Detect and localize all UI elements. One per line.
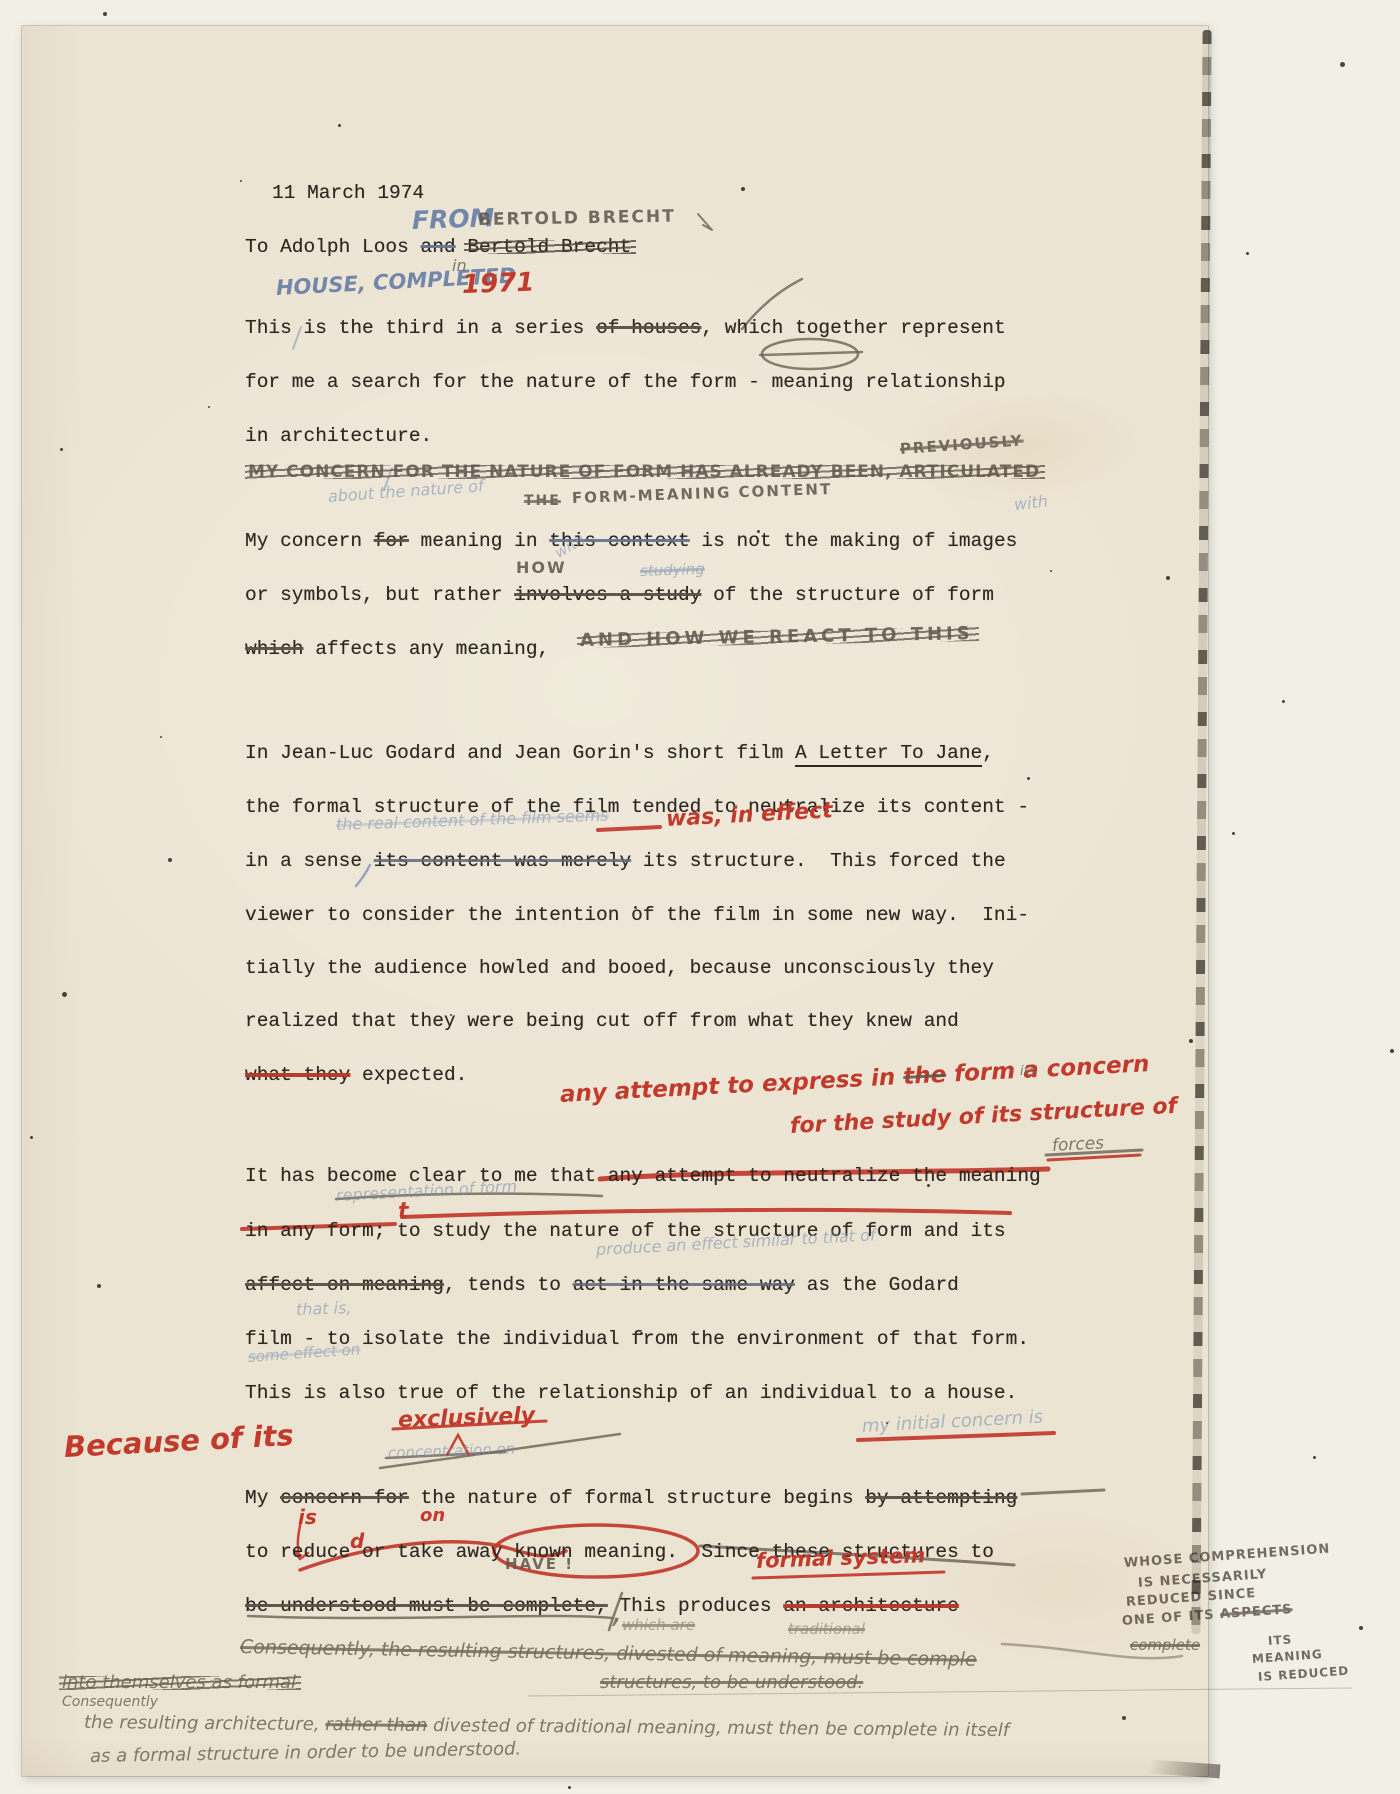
typed-line: viewer to consider the intention of the … [245, 904, 1029, 926]
typed-line: in architecture. [245, 425, 432, 447]
margin-caps-5: ITS [1268, 1632, 1293, 1648]
pencil-forces: forces [1051, 1133, 1104, 1156]
typed-line: This is also true of the relationship of… [245, 1382, 1017, 1404]
typed-line: This is the third in a series of houses,… [245, 317, 1006, 339]
typed-line: film - to isolate the individual from th… [245, 1328, 1029, 1350]
scanned-manuscript-page: 11 March 1974To Adolph Loos and Bertold … [0, 0, 1400, 1794]
red-d: d [350, 1529, 364, 1553]
toner-speck [1340, 62, 1345, 67]
toner-speck [640, 1332, 643, 1335]
typed-line: 11 March 1974 [272, 182, 424, 204]
typed-line: which affects any meaning, [245, 638, 549, 660]
toner-speck [208, 406, 210, 408]
bottom-line-b1: into themselves as formal [62, 1672, 296, 1693]
typed-line: be understood must be complete, This pro… [245, 1595, 959, 1617]
typed-line: My concern for meaning in this context i… [245, 530, 1017, 552]
struck-caps-line: MY CONCERN FOR THE NATURE OF FORM HAS AL… [248, 462, 1040, 482]
bottom-consequently: Consequently [62, 1694, 158, 1710]
toner-speck [1050, 570, 1052, 572]
toner-speck [60, 448, 63, 451]
typed-line: for me a search for the nature of the fo… [245, 371, 1006, 393]
toner-speck [634, 906, 637, 909]
insert-bertold-brecht: BERTOLD BRECHT [478, 207, 676, 230]
toner-speck [160, 736, 162, 738]
toner-speck [1166, 576, 1170, 580]
pencil-have: HAVE ! [505, 1555, 574, 1573]
red-t-correction: t [398, 1199, 409, 1224]
insert-which-are: which are [622, 1616, 695, 1634]
typed-line: affect on meaning, tends to act in the s… [245, 1274, 959, 1296]
toner-speck [886, 1422, 888, 1424]
toner-speck [1359, 1626, 1363, 1630]
typed-line: what they expected. [245, 1064, 467, 1086]
toner-speck [568, 1786, 571, 1789]
toner-speck [450, 1014, 452, 1016]
insert-that-is: that is, [296, 1298, 352, 1319]
typed-line: In Jean-Luc Godard and Jean Gorin's shor… [245, 742, 994, 764]
toner-speck [240, 180, 242, 182]
red-is: is [298, 1505, 317, 1529]
toner-speck [1246, 252, 1249, 255]
toner-speck [1313, 1456, 1316, 1459]
insert-the-struck: THE [524, 493, 561, 509]
typed-line: My concern for the nature of formal stru… [245, 1487, 1017, 1509]
toner-speck [1189, 1039, 1193, 1043]
margin-caps-6: MEANING [1252, 1647, 1324, 1666]
insert-how: HOW [516, 558, 567, 577]
typed-line: To Adolph Loos and Bertold Brecht [245, 236, 631, 258]
toner-speck [62, 992, 67, 997]
insert-1971: 1971 [461, 267, 534, 300]
toner-speck [168, 858, 172, 862]
toner-speck [1282, 700, 1285, 703]
paper-sheet [22, 26, 1208, 1776]
toner-speck [103, 12, 107, 16]
toner-speck [1122, 1716, 1126, 1720]
typed-line: in a sense its content was merely its st… [245, 850, 1006, 872]
margin-caps-7: IS REDUCED [1258, 1664, 1350, 1684]
insert-studying: studying [640, 560, 705, 580]
bottom-line-b2: structures, to be understood. [600, 1672, 863, 1693]
margin-complete: complete [1130, 1636, 1200, 1654]
toner-speck [1027, 777, 1030, 780]
toner-speck [97, 1284, 101, 1288]
pencil-its: its [1020, 1064, 1035, 1079]
red-on: on [420, 1505, 445, 1526]
toner-speck [338, 124, 341, 127]
toner-speck [757, 530, 760, 533]
typed-line: or symbols, but rather involves a study … [245, 584, 994, 606]
insert-with: with [1013, 492, 1049, 514]
typed-line: tially the audience howled and booed, be… [245, 957, 994, 979]
typed-line: realized that they were being cut off fr… [245, 1010, 959, 1032]
toner-speck [1232, 832, 1235, 835]
toner-speck [927, 1184, 930, 1187]
insert-traditional: traditional [788, 1620, 865, 1638]
insert-exclusively: exclusively [398, 1403, 536, 1433]
toner-speck [30, 1136, 33, 1139]
toner-speck [1390, 1049, 1394, 1053]
toner-speck [741, 187, 745, 191]
